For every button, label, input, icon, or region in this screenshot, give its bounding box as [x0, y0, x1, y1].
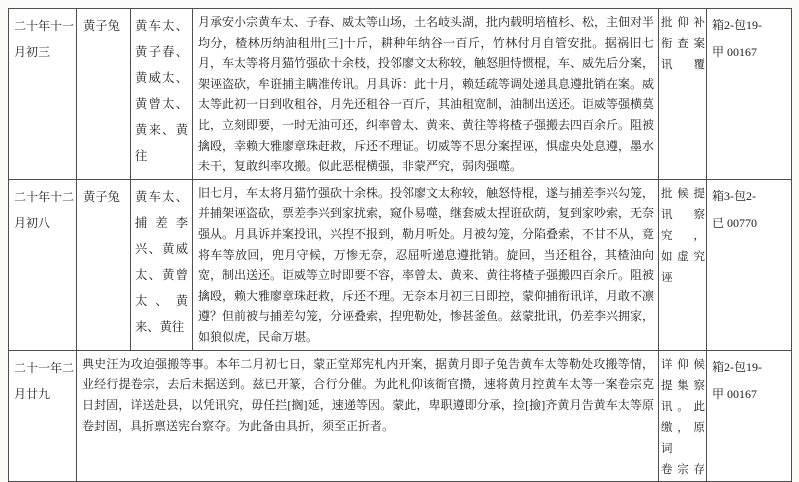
archive-number-cell: 箱2-包19- 甲 00167 — [707, 350, 792, 470]
date-cell: 二十年十二 月初八 — [9, 179, 77, 350]
complainant-cell: 黄子兔 — [77, 179, 131, 350]
document-page: 二十年十一 月初三 黄子兔 黄车太、黄子春、黄威太、黄曾太、黄来、黄往 月承安小… — [8, 8, 792, 470]
date-cell: 二十一年二 月廿九 — [9, 350, 77, 470]
case-summary-cell: 月承安小宗黄车太、子春、威太等山场，土名岐头湖，批内载明培植杉、松，主佃对半均分… — [193, 9, 659, 180]
record-row: 二十年十二 月初八 黄子兔 黄车太、捕差李兴、黄威太、黄曾太、黄来、黄往 旧七月… — [9, 179, 792, 350]
date-cell: 二十年十一 月初三 — [9, 9, 77, 180]
archive-number-cell: 箱3-包2- 已 00770 — [707, 179, 792, 350]
verdict-note-cell: 批仰补 衔查案 讯覆 — [659, 9, 707, 180]
record-row: 二十年十一 月初三 黄子兔 黄车太、黄子春、黄威太、黄曾太、黄来、黄往 月承安小… — [9, 9, 792, 180]
archive-number-cell: 箱2-包19- 甲 00167 — [707, 9, 792, 180]
case-summary-cell: 旧七月，车太将月猫竹强砍十余株。投邻廖文太称较，触怒恃棍，遂与捕差李兴勾笼，并捕… — [193, 179, 659, 350]
accused-cell: 黄车太、黄子春、黄威太、黄曾太、黄来、黄往 — [131, 9, 193, 180]
archive-record-table: 二十年十一 月初三 黄子兔 黄车太、黄子春、黄威太、黄曾太、黄来、黄往 月承安小… — [8, 8, 792, 470]
verdict-note-cell: 详仰候 提集察 讯。此 缴，原词 卷宗存 — [659, 350, 707, 470]
accused-cell: 黄车太、捕差李兴、黄威太、黄曾太、黄来、黄往 — [131, 179, 193, 350]
complainant-cell: 黄子兔 — [77, 9, 131, 180]
record-row: 二十一年二 月廿九 典史汪为攻迫强搬等事。本年二月初七日，蒙正堂郑宪札内开案，据… — [9, 350, 792, 470]
case-summary-cell: 典史汪为攻迫强搬等事。本年二月初七日，蒙正堂郑宪札内开案，据黄月即子兔告黄车太等… — [77, 350, 659, 470]
verdict-note-cell: 批候提 讯察究， 如虚究 诬 — [659, 179, 707, 350]
